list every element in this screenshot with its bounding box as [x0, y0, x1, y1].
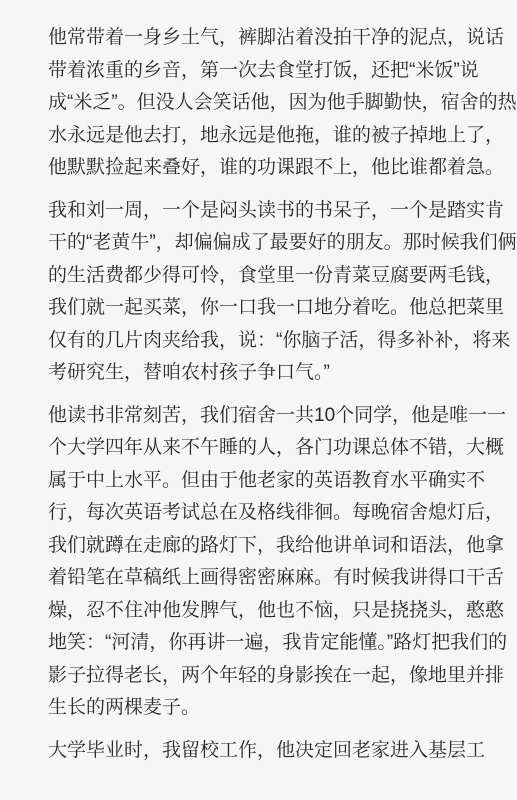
- reading-page: 他常带着一身乡土气，裤脚沾着没拍干净的泥点，说话带着浓重的乡音，第一次去食堂打饭…: [0, 0, 517, 800]
- story-paragraph-3: 他读书非常刻苦，我们宿舍一共10个同学，他是唯一一个大学四年从来不午睡的人，各门…: [48, 400, 517, 725]
- story-paragraph-2: 我和刘一周，一个是闷头读书的书呆子，一个是踏实肯干的“老黄牛”，却偏偏成了最要好…: [48, 195, 517, 390]
- story-paragraph-4: 大学毕业时，我留校工作，他决定回老家进入基层工: [48, 735, 517, 768]
- story-paragraph-1: 他常带着一身乡土气，裤脚沾着没拍干净的泥点，说话带着浓重的乡音，第一次去食堂打饭…: [48, 22, 517, 185]
